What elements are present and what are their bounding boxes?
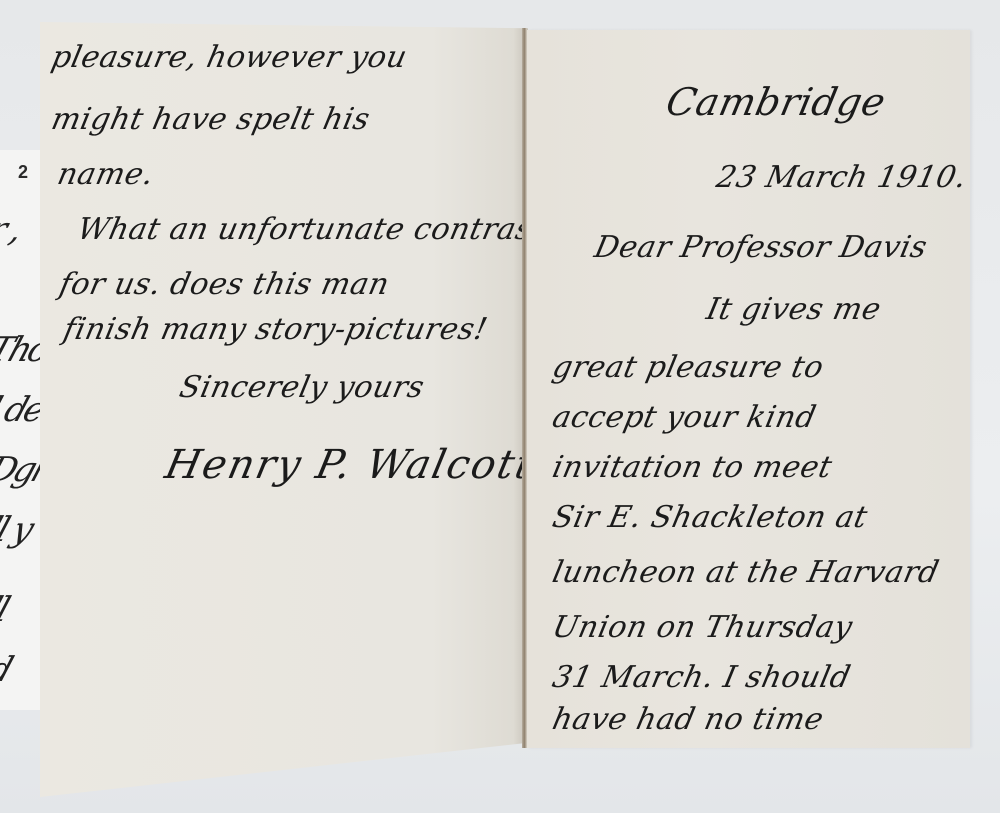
underlying-text-fragment: ll: [0, 590, 12, 630]
letter-line: 31 March. I should: [549, 660, 854, 695]
letter-closing: Sincerely yours: [176, 370, 427, 405]
letter-line: Union on Thursday: [549, 610, 855, 645]
letter-line: It gives me: [703, 292, 884, 327]
letter-line: luncheon at the Harvard: [549, 555, 942, 590]
letter-line: What an unfortunate contrast: [74, 212, 548, 247]
underlying-page-number: 2: [18, 162, 28, 183]
letter-line: pleasure, however you: [48, 40, 410, 75]
letter-line: have had no time: [549, 702, 827, 737]
underlying-text-fragment: r ,: [0, 210, 25, 250]
letter-right-page: Cambridge 23 March 1910. Dear Professor …: [527, 30, 970, 748]
letter-line: Sir E. Shackleton at: [549, 500, 870, 535]
letter-date: 23 March 1910.: [713, 160, 970, 195]
letter-place: Cambridge: [662, 80, 889, 124]
letter-line: invitation to meet: [549, 450, 835, 485]
letter-line: finish many story-pictures!: [60, 312, 490, 347]
underlying-text-fragment: ll y: [0, 510, 36, 550]
letter-salutation: Dear Professor Davis: [591, 230, 930, 265]
letter-line: name.: [54, 157, 157, 192]
letter-line: might have spelt his: [48, 102, 373, 137]
letter-left-page: pleasure, however you might have spelt h…: [40, 22, 528, 797]
underlying-text-fragment: d: [0, 650, 15, 690]
letter-line: for us. does this man: [56, 267, 392, 302]
signature: Henry P. Walcott: [161, 442, 539, 488]
letter-line: great pleasure to: [549, 350, 827, 385]
letter-line: accept your kind: [549, 400, 819, 435]
